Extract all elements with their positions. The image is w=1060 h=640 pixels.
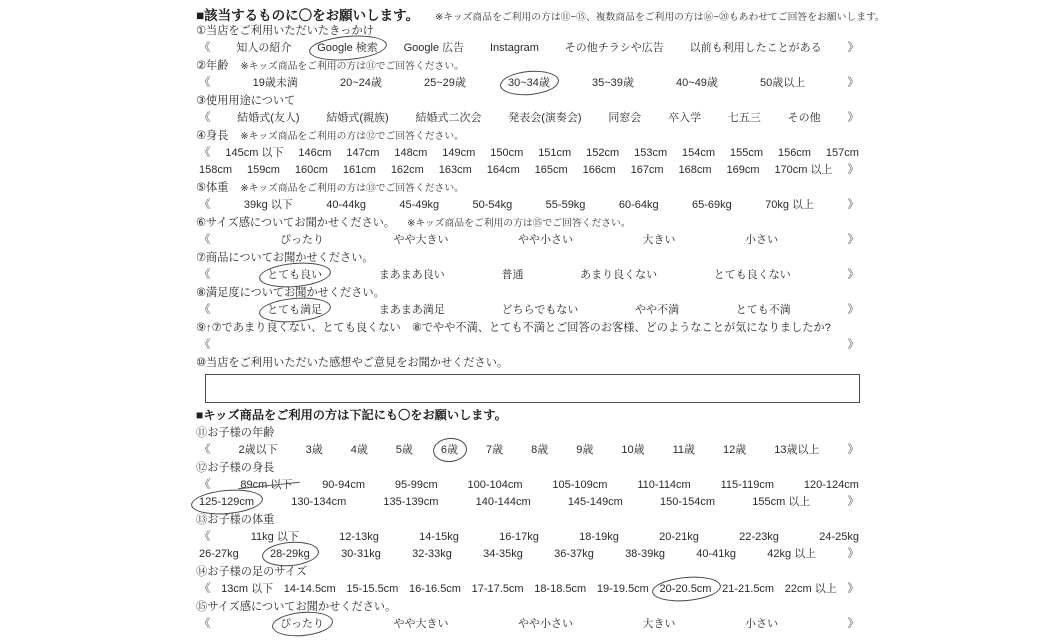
questions-main: ①当店をご利用いただいたきっかけ《知人の紹介Google 検索Google 広告… [196, 23, 862, 403]
option: 25~29歳 [424, 75, 466, 92]
option: 16-16.5cm [409, 581, 461, 598]
option: 95-99cm [395, 477, 438, 494]
question-label-text: ⑦商品についてお聞かせください。 [196, 252, 374, 264]
option: 結婚式(親族) [326, 110, 388, 127]
options-row: 《ぴったりやや大きいやや小さい大きい小さい》 [196, 616, 862, 633]
option-circled: 30~34歳 [508, 75, 550, 92]
bracket-open: 《 [199, 40, 211, 57]
question-label: ⑫お子様の身長 [196, 460, 862, 477]
option: 115-119cm [721, 477, 774, 494]
option: 168cm [679, 162, 712, 179]
bracket-close: 》 [848, 337, 860, 354]
option: 10歳 [621, 442, 644, 459]
option: やや小さい [518, 616, 573, 633]
options-row: 《89cm 以下90-94cm95-99cm100-104cm105-109cm… [196, 477, 862, 494]
option: 39kg 以下 [244, 197, 293, 214]
option-circled: ぴったり [280, 616, 324, 633]
option: 2歳以下 [238, 442, 277, 459]
option: その他チラシや広告 [565, 40, 664, 57]
option: 153cm [634, 145, 667, 162]
option: 110-114cm [637, 477, 690, 494]
bracket-open: 《 [199, 529, 211, 546]
option: その他 [788, 110, 821, 127]
option: 大きい [643, 616, 676, 633]
options-row: 《39kg 以下40-44kg45-49kg50-54kg55-59kg60-6… [196, 197, 862, 214]
options-row: 《とても良いまあまあ良い普通あまり良くないとても良くない》 [196, 267, 862, 284]
option: 13cm 以下 [221, 581, 273, 598]
question: ⑧満足度についてお聞かせください。《とても満足まあまあ満足どちらでもないやや不満… [196, 285, 862, 319]
options-row: 《145cm 以下146cm147cm148cm149cm150cm151cm1… [196, 145, 862, 162]
question-label-text: ①当店をご利用いただいたきっかけ [196, 25, 374, 37]
option: 14-15kg [419, 529, 459, 546]
bracket-close: 》 [847, 581, 859, 598]
options-row: 158cm159cm160cm161cm162cm163cm164cm165cm… [196, 162, 862, 179]
question-label: ⑤体重※キッズ商品をご利用の方は⑬でご回答ください。 [196, 180, 862, 197]
bracket-open: 《 [199, 442, 211, 459]
option: 50歳以上 [760, 75, 805, 92]
option: 34-35kg [483, 546, 523, 563]
question-label: ⑨↑⑦であまり良くない、とても良くない ⑧でやや不満、とても不満とご回答のお客様… [196, 320, 862, 337]
option: とても不満 [736, 302, 791, 319]
option: 90-94cm [322, 477, 365, 494]
option: 17-17.5cm [472, 581, 524, 598]
question-label: ⑬お子様の体重 [196, 512, 862, 529]
bracket-open: 《 [199, 145, 211, 162]
option: 26-27kg [199, 546, 239, 563]
option: 152cm [586, 145, 619, 162]
option: 小さい [745, 616, 778, 633]
option: とても良くない [714, 267, 791, 284]
question: ⑬お子様の体重《11kg 以下12-13kg14-15kg16-17kg18-1… [196, 512, 862, 563]
option: 50-54kg [473, 197, 513, 214]
option: 70kg 以上 [765, 197, 814, 214]
option: 164cm [487, 162, 520, 179]
question: ⑮サイズ感についてお聞かせください。《ぴったりやや大きいやや小さい大きい小さい》 [196, 599, 862, 633]
options-row: 《11kg 以下12-13kg14-15kg16-17kg18-19kg20-2… [196, 529, 862, 546]
option-circled: とても良い [267, 267, 322, 284]
option: やや小さい [518, 232, 573, 249]
option: 3歳 [306, 442, 323, 459]
option: 18-19kg [579, 529, 619, 546]
option: 結婚式(友人) [237, 110, 299, 127]
bracket-open: 《 [199, 197, 211, 214]
option: 150-154cm [660, 494, 715, 511]
question-label-text: ⑤体重 [196, 182, 228, 194]
option: 161cm [343, 162, 376, 179]
option: 154cm [682, 145, 715, 162]
options-row: 125-129cm130-134cm135-139cm140-144cm145-… [196, 494, 862, 511]
option-circled: 125-129cm [199, 494, 254, 511]
options-row: 《19歳未満20~24歳25~29歳30~34歳35~39歳40~49歳50歳以… [196, 75, 862, 92]
bracket-close: 》 [847, 75, 859, 92]
option: まあまあ良い [379, 267, 445, 284]
option: 七五三 [728, 110, 761, 127]
option: 105-109cm [552, 477, 607, 494]
bracket-open: 《 [199, 267, 211, 284]
option: 89cm 以下 [240, 477, 292, 494]
question-label: ⑩当店をご利用いただいた感想やご意見をお聞かせください。 [196, 355, 862, 372]
option: 普通 [501, 267, 523, 284]
question-label: ⑮サイズ感についてお聞かせください。 [196, 599, 862, 616]
option: 167cm [631, 162, 664, 179]
option: 40-41kg [696, 546, 736, 563]
options-row: 《知人の紹介Google 検索Google 広告Instagramその他チラシや… [196, 40, 862, 57]
bracket-close: 》 [847, 162, 859, 179]
options-row: 《13cm 以下14-14.5cm15-15.5cm16-16.5cm17-17… [196, 581, 862, 598]
bracket-close: 》 [847, 197, 859, 214]
survey-sheet: ■該当するものに〇をお願いします。 ※キッズ商品をご利用の方は⑪~⑮、複数商品を… [196, 4, 862, 634]
question-label: ①当店をご利用いただいたきっかけ [196, 23, 862, 40]
option: 157cm [826, 145, 859, 162]
bracket-close: 》 [847, 494, 859, 511]
question-note: ※キッズ商品をご利用の方は⑫でご回答ください。 [240, 131, 464, 142]
question-label: ②年齢※キッズ商品をご利用の方は⑪でご回答ください。 [196, 58, 862, 75]
option: 148cm [394, 145, 427, 162]
option: やや大きい [394, 232, 449, 249]
option: 163cm [439, 162, 472, 179]
option: 170cm 以上 [774, 162, 832, 179]
option: 20-21kg [659, 529, 699, 546]
option: Google 広告 [404, 40, 465, 57]
question: ⑤体重※キッズ商品をご利用の方は⑬でご回答ください。《39kg 以下40-44k… [196, 180, 862, 214]
bracket-close: 》 [847, 442, 859, 459]
section1-note: ※キッズ商品をご利用の方は⑪~⑮、複数商品をご利用の方は⑯~⑳もあわせてご回答を… [435, 9, 885, 23]
option: 22-23kg [739, 529, 779, 546]
option: 19-19.5cm [597, 581, 649, 598]
option: 24-25kg [819, 529, 859, 546]
options-row: 《とても満足まあまあ満足どちらでもないやや不満とても不満》 [196, 302, 862, 319]
option: 166cm [583, 162, 616, 179]
bracket-open: 《 [199, 616, 211, 633]
options-row: 《結婚式(友人)結婚式(親族)結婚式二次会発表会(演奏会)同窓会卒入学七五三その… [196, 110, 862, 127]
option: 162cm [391, 162, 424, 179]
question-label-text: ⑥サイズ感についてお聞かせください。 [196, 217, 395, 229]
option: 結婚式二次会 [415, 110, 481, 127]
option: 卒入学 [668, 110, 701, 127]
option: 151cm [538, 145, 571, 162]
question-label-text: ⑫お子様の身長 [196, 462, 274, 474]
options-row: 《2歳以下3歳4歳5歳6歳7歳8歳9歳10歳11歳12歳13歳以上》 [196, 442, 862, 459]
option: 21-21.5cm [722, 581, 774, 598]
question-note: ※キッズ商品をご利用の方は⑮でご回答ください。 [407, 218, 631, 229]
option: 38-39kg [625, 546, 665, 563]
option: 145cm 以下 [225, 145, 283, 162]
question-label: ⑧満足度についてお聞かせください。 [196, 285, 862, 302]
question: ③使用用途について《結婚式(友人)結婚式(親族)結婚式二次会発表会(演奏会)同窓… [196, 93, 862, 127]
question: ⑪お子様の年齢《2歳以下3歳4歳5歳6歳7歳8歳9歳10歳11歳12歳13歳以上… [196, 425, 862, 459]
question: ⑦商品についてお聞かせください。《とても良いまあまあ良い普通あまり良くないとても… [196, 250, 862, 284]
bracket-open: 《 [199, 302, 211, 319]
option: 5歳 [396, 442, 413, 459]
question-label: ⑥サイズ感についてお聞かせください。※キッズ商品をご利用の方は⑮でご回答ください… [196, 215, 862, 232]
question: ⑭お子様の足のサイズ《13cm 以下14-14.5cm15-15.5cm16-1… [196, 564, 862, 598]
comment-box [205, 374, 860, 403]
option: 15-15.5cm [346, 581, 398, 598]
question-label-text: ④身長 [196, 130, 228, 142]
option: 14-14.5cm [284, 581, 336, 598]
option: 42kg 以上 [767, 546, 816, 563]
question: ⑥サイズ感についてお聞かせください。※キッズ商品をご利用の方は⑮でご回答ください… [196, 215, 862, 249]
bracket-open: 《 [199, 232, 211, 249]
option: 55-59kg [546, 197, 586, 214]
question-label-text: ⑨↑⑦であまり良くない、とても良くない ⑧でやや不満、とても不満とご回答のお客様… [196, 322, 831, 334]
section1-header: ■該当するものに〇をお願いします。 ※キッズ商品をご利用の方は⑪~⑮、複数商品を… [196, 4, 862, 23]
bracket-close: 》 [847, 302, 859, 319]
question-note: ※キッズ商品をご利用の方は⑬でご回答ください。 [240, 183, 464, 194]
bracket-close: 》 [847, 546, 859, 563]
option: 160cm [295, 162, 328, 179]
option: 16-17kg [499, 529, 539, 546]
question-note: ※キッズ商品をご利用の方は⑪でご回答ください。 [240, 61, 464, 72]
option: 45-49kg [399, 197, 439, 214]
question-label: ③使用用途について [196, 93, 862, 110]
option-circled: 20-20.5cm [660, 581, 712, 598]
option: ぴったり [280, 232, 324, 249]
question-label-text: ⑪お子様の年齢 [196, 427, 274, 439]
option-circled: とても満足 [267, 302, 322, 319]
option: 発表会(演奏会) [508, 110, 581, 127]
option: 大きい [643, 232, 676, 249]
bracket-open: 《 [199, 477, 211, 494]
bracket-close: 》 [848, 232, 860, 249]
options-row: 《》 [196, 337, 862, 354]
option: 11kg 以下 [251, 529, 299, 546]
option: 40~49歳 [676, 75, 718, 92]
option: 155cm [730, 145, 763, 162]
option: 120-124cm [804, 477, 859, 494]
bracket-close: 》 [847, 267, 859, 284]
option: 32-33kg [412, 546, 452, 563]
option: 149cm [442, 145, 475, 162]
option: 159cm [247, 162, 280, 179]
question: ④身長※キッズ商品をご利用の方は⑫でご回答ください。《145cm 以下146cm… [196, 128, 862, 179]
option: 13歳以上 [774, 442, 819, 459]
bracket-open: 《 [199, 581, 211, 598]
question-label-text: ⑩当店をご利用いただいた感想やご意見をお聞かせください。 [196, 357, 508, 369]
question-label: ④身長※キッズ商品をご利用の方は⑫でご回答ください。 [196, 128, 862, 145]
option: 7歳 [486, 442, 503, 459]
question: ⑫お子様の身長《89cm 以下90-94cm95-99cm100-104cm10… [196, 460, 862, 511]
option: 40-44kg [326, 197, 366, 214]
option: 65-69kg [692, 197, 732, 214]
option: あまり良くない [580, 267, 657, 284]
bracket-open: 《 [199, 75, 211, 92]
option: やや不満 [635, 302, 679, 319]
option: 4歳 [351, 442, 368, 459]
option: 12-13kg [339, 529, 379, 546]
option: 12歳 [723, 442, 746, 459]
section1-title: ■該当するものに〇をお願いします。 [196, 4, 419, 24]
option: 22cm 以上 [785, 581, 837, 598]
option: 20~24歳 [340, 75, 382, 92]
option: 18-18.5cm [534, 581, 586, 598]
option: 155cm 以上 [752, 494, 810, 511]
option-circled: 28-29kg [270, 546, 310, 563]
question-label-text: ⑮サイズ感についてお聞かせください。 [196, 601, 396, 613]
option: 小さい [745, 232, 778, 249]
option: 36-37kg [554, 546, 594, 563]
option: 11歳 [673, 442, 695, 459]
option-circled: Google 検索 [317, 40, 378, 57]
option: 知人の紹介 [236, 40, 291, 57]
option: 158cm [199, 162, 232, 179]
option: 165cm [535, 162, 568, 179]
option: 35~39歳 [592, 75, 634, 92]
option: どちらでもない [502, 302, 579, 319]
option: 146cm [298, 145, 331, 162]
bracket-close: 》 [848, 616, 860, 633]
question-label: ⑪お子様の年齢 [196, 425, 862, 442]
option: 100-104cm [468, 477, 523, 494]
option: 9歳 [576, 442, 593, 459]
options-row: 《ぴったりやや大きいやや小さい大きい小さい》 [196, 232, 862, 249]
question: ①当店をご利用いただいたきっかけ《知人の紹介Google 検索Google 広告… [196, 23, 862, 57]
option: 135-139cm [383, 494, 438, 511]
option: 140-144cm [476, 494, 531, 511]
question-label-text: ③使用用途について [196, 95, 295, 107]
bracket-open: 《 [199, 110, 211, 127]
bracket-close: 》 [847, 110, 859, 127]
option-circled: 6歳 [441, 442, 458, 459]
option: 60-64kg [619, 197, 659, 214]
option: やや大きい [394, 616, 449, 633]
option: 同窓会 [608, 110, 641, 127]
question: ⑨↑⑦であまり良くない、とても良くない ⑧でやや不満、とても不満とご回答のお客様… [196, 320, 862, 354]
option: 19歳未満 [253, 75, 298, 92]
options-row: 26-27kg28-29kg30-31kg32-33kg34-35kg36-37… [196, 546, 862, 563]
option: 130-134cm [291, 494, 346, 511]
question-label-text: ⑧満足度についてお聞かせください。 [196, 287, 385, 299]
option: 150cm [490, 145, 523, 162]
option: まあまあ満足 [379, 302, 445, 319]
question-label-text: ⑭お子様の足のサイズ [196, 566, 307, 578]
option: 169cm [726, 162, 759, 179]
question: ②年齢※キッズ商品をご利用の方は⑪でご回答ください。《19歳未満20~24歳25… [196, 58, 862, 92]
option: 156cm [778, 145, 811, 162]
section2-title: ■キッズ商品をご利用の方は下記にも〇をお願いします。 [196, 406, 862, 425]
option: Instagram [490, 40, 539, 57]
option: 30-31kg [341, 546, 381, 563]
option: 以前も利用したことがある [690, 40, 822, 57]
bracket-close: 》 [848, 40, 860, 57]
bracket-open: 《 [199, 337, 211, 354]
questions-kids: ⑪お子様の年齢《2歳以下3歳4歳5歳6歳7歳8歳9歳10歳11歳12歳13歳以上… [196, 425, 862, 633]
question-label: ⑭お子様の足のサイズ [196, 564, 862, 581]
option: 8歳 [531, 442, 548, 459]
option: 147cm [346, 145, 379, 162]
question: ⑩当店をご利用いただいた感想やご意見をお聞かせください。 [196, 355, 862, 403]
question-label: ⑦商品についてお聞かせください。 [196, 250, 862, 267]
option: 145-149cm [568, 494, 623, 511]
question-label-text: ②年齢 [196, 60, 228, 72]
question-label-text: ⑬お子様の体重 [196, 514, 274, 526]
